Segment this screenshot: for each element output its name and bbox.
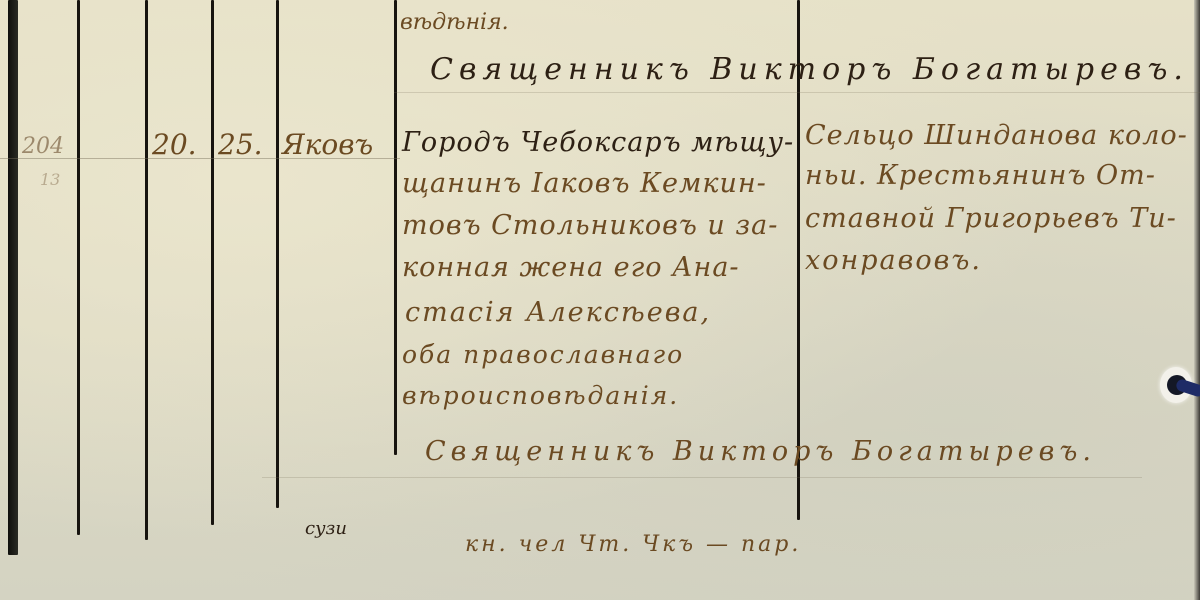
- column-rule-1: [77, 0, 80, 535]
- parents-line: конная жена его Ана-: [402, 252, 740, 283]
- row-divider-sig: [394, 92, 1200, 93]
- parents-line: Городъ Чебоксаръ мѣщу-: [402, 127, 794, 158]
- entry-day-2: 25.: [218, 128, 263, 161]
- register-page: вѣдѣнія. Священникъ Викторъ Богатыревъ. …: [0, 0, 1200, 600]
- entry-day-1: 20.: [152, 128, 197, 161]
- binding-edge-rule: [8, 0, 18, 555]
- top-signature: Священникъ Викторъ Богатыревъ.: [430, 52, 1189, 87]
- parents-line: оба православнаго: [402, 340, 684, 369]
- entry-name: Яковъ: [282, 128, 373, 161]
- godparents-line: ставной Григорьевъ Ти-: [805, 203, 1177, 234]
- entry-signature: Священникъ Викторъ Богатыревъ.: [425, 436, 1096, 467]
- row-divider-bottom: [262, 477, 1142, 478]
- parents-line: товъ Стольниковъ и за-: [402, 210, 778, 241]
- parents-line: вѣроисповѣданія.: [402, 381, 679, 410]
- godparents-line: ньи. Крестьянинъ От-: [805, 160, 1156, 191]
- column-rule-4: [276, 0, 279, 508]
- page-right-edge: [1194, 0, 1200, 600]
- godparents-line: Сельцо Шинданова коло-: [805, 120, 1188, 151]
- footer-note-left: сузи: [305, 518, 347, 539]
- continuation-fragment: вѣдѣнія.: [400, 10, 509, 35]
- column-rule-5: [394, 0, 397, 455]
- column-rule-2: [145, 0, 148, 540]
- margin-note: 13: [40, 170, 60, 189]
- godparents-line: хонравовъ.: [805, 245, 982, 276]
- parents-line: щанинъ Іаковъ Кемкин-: [402, 168, 767, 199]
- footer-note-center: кн. чел Чт. Чкъ — пар.: [465, 532, 801, 557]
- parents-line: стасія Алексѣева,: [405, 297, 711, 328]
- entry-number: 204: [22, 134, 64, 159]
- column-rule-3: [211, 0, 214, 525]
